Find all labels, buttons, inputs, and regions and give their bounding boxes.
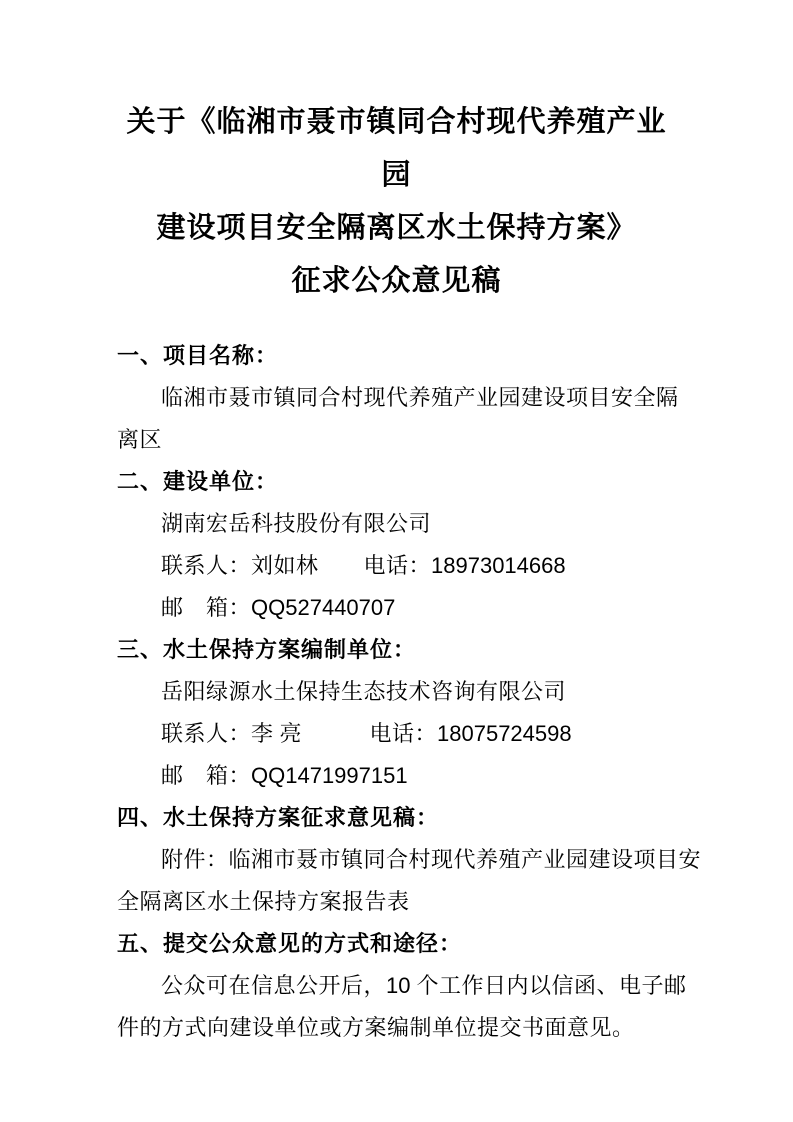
title-line-3: 征求公众意见稿 <box>117 255 676 308</box>
project-name-line-2: 离区 <box>117 419 676 461</box>
construction-mailbox-line: 邮 箱：QQ527440707 <box>117 587 676 629</box>
construction-contact-line: 联系人：刘如林 电话：18973014668 <box>117 545 676 587</box>
construction-mailbox-value: QQ527440707 <box>251 595 395 620</box>
section-4-heading: 四、水土保持方案征求意见稿： <box>117 797 676 839</box>
construction-phone-number: 18973014668 <box>431 553 566 578</box>
section-3-heading: 三、水土保持方案编制单位： <box>117 629 676 671</box>
compiler-contact-label: 联系人：李 亮 电话： <box>161 721 437 746</box>
construction-mailbox-label: 邮 箱： <box>161 595 251 620</box>
construction-company-name: 湖南宏岳科技股份有限公司 <box>117 503 676 545</box>
compiler-phone-number: 18075724598 <box>437 721 572 746</box>
submission-line-1-pre: 公众可在信息公开后， <box>161 973 386 998</box>
section-5-heading: 五、提交公众意见的方式和途径： <box>117 923 676 965</box>
compiler-company-name: 岳阳绿源水土保持生态技术咨询有限公司 <box>117 671 676 713</box>
title-line-1: 关于《临湘市聂市镇同合村现代养殖产业园 <box>117 96 676 202</box>
attachment-line-1: 附件：临湘市聂市镇同合村现代养殖产业园建设项目安 <box>117 839 676 881</box>
compiler-mailbox-value: QQ1471997151 <box>251 763 408 788</box>
project-name-line-1: 临湘市聂市镇同合村现代养殖产业园建设项目安全隔 <box>117 377 676 419</box>
section-2-heading: 二、建设单位： <box>117 461 676 503</box>
document-title: 关于《临湘市聂市镇同合村现代养殖产业园 建设项目安全隔离区水土保持方案》 征求公… <box>117 96 676 308</box>
submission-line-1: 公众可在信息公开后，10 个工作日内以信函、电子邮 <box>117 965 676 1007</box>
compiler-mailbox-label: 邮 箱： <box>161 763 251 788</box>
submission-line-2: 件的方式向建设单位或方案编制单位提交书面意见。 <box>117 1007 676 1049</box>
attachment-line-2: 全隔离区水土保持方案报告表 <box>117 881 676 923</box>
submission-days-number: 10 <box>386 973 410 998</box>
submission-line-1-post: 个工作日内以信函、电子邮 <box>411 973 687 998</box>
construction-contact-label: 联系人：刘如林 电话： <box>161 553 431 578</box>
document-body: 一、项目名称： 临湘市聂市镇同合村现代养殖产业园建设项目安全隔 离区 二、建设单… <box>117 335 676 1049</box>
compiler-contact-line: 联系人：李 亮 电话：18075724598 <box>117 713 676 755</box>
document-page: 关于《临湘市聂市镇同合村现代养殖产业园 建设项目安全隔离区水土保持方案》 征求公… <box>0 0 793 1122</box>
compiler-mailbox-line: 邮 箱：QQ1471997151 <box>117 755 676 797</box>
title-line-2: 建设项目安全隔离区水土保持方案》 <box>117 202 676 255</box>
section-1-heading: 一、项目名称： <box>117 335 676 377</box>
